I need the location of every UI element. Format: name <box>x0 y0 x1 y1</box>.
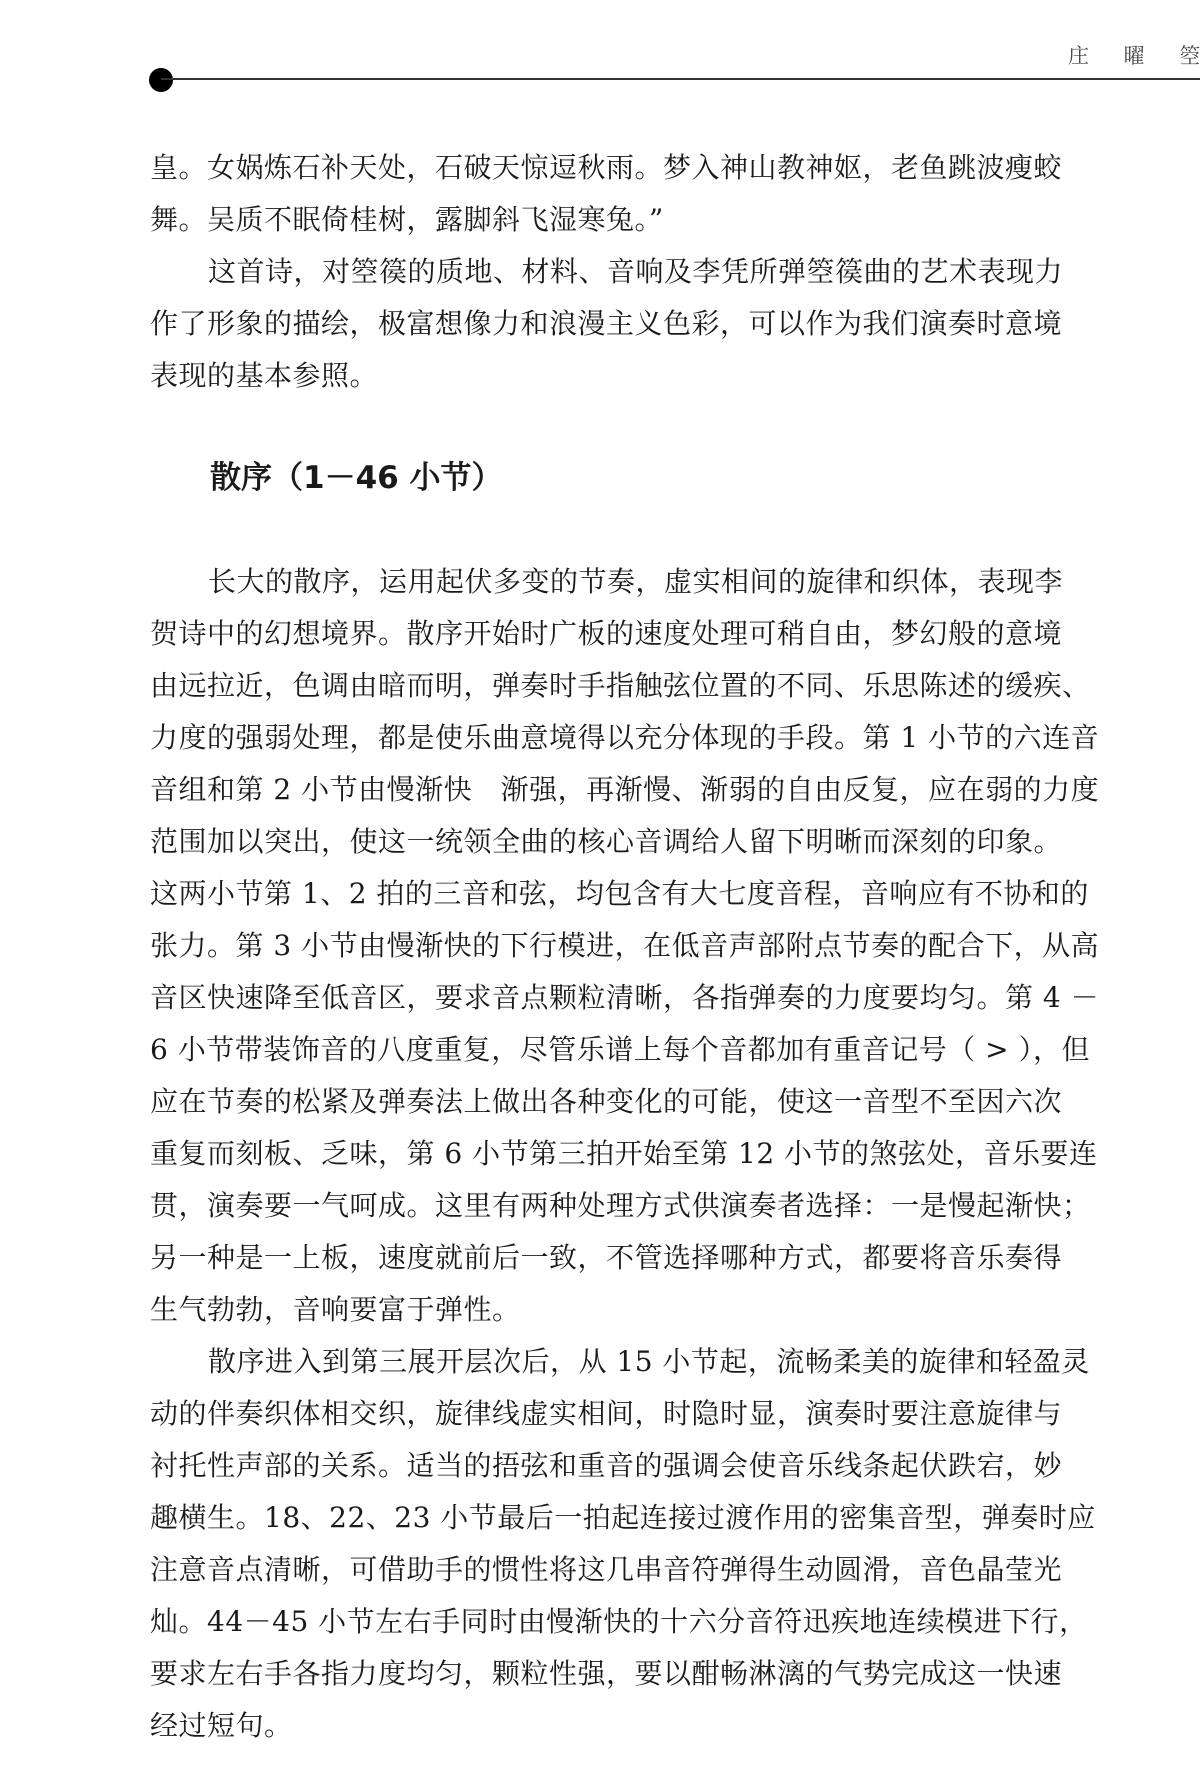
poem-and-intro: 皇。女娲炼石补天处，石破天惊逗秋雨。梦入神山教神妪，老鱼跳波瘦蛟 舞。吴质不眠倚… <box>150 142 1150 402</box>
paragraph-line: 散序进入到第三展开层次后，从 15 小节起，流畅柔美的旋律和轻盈灵 <box>150 1336 1150 1388</box>
paragraph-line: 由远拉近，色调由暗而明，弹奏时手指触弦位置的不同、乐思陈述的缓疾、 <box>150 660 1150 712</box>
poem-line: 皇。女娲炼石补天处，石破天惊逗秋雨。梦入神山教神妪，老鱼跳波瘦蛟 <box>150 142 1150 194</box>
intro-line: 表现的基本参照。 <box>150 350 1150 402</box>
paragraph-line: 重复而刻板、乏味，第 6 小节第三拍开始至第 12 小节的煞弦处，音乐要连 <box>150 1128 1150 1180</box>
paragraph-line: 另一种是一上板，速度就前后一致，不管选择哪种方式，都要将音乐奏得 <box>150 1232 1150 1284</box>
paragraph-line: 张力。第 3 小节由慢渐快的下行模进，在低音声部附点节奏的配合下，从高 <box>150 920 1150 972</box>
paragraph-line: 生气勃勃，音响要富于弹性。 <box>150 1284 1150 1336</box>
paragraph-line: 这两小节第 1、2 拍的三音和弦，均包含有大七度音程，音响应有不协和的 <box>150 868 1150 920</box>
paragraph-line: 经过短句。 <box>150 1700 1150 1752</box>
paragraph-line: 长大的散序，运用起伏多变的节奏，虚实相间的旋律和织体，表现李 <box>150 556 1150 608</box>
paragraph-line: 范围加以突出，使这一统领全曲的核心音调给人留下明晰而深刻的印象。 <box>150 816 1150 868</box>
paragraph-line: 音组和第 2 小节由慢渐快 渐强，再渐慢、渐弱的自由反复，应在弱的力度 <box>150 764 1150 816</box>
running-head: 庄 曜 箜篌 <box>1068 40 1200 70</box>
header-dot-icon <box>149 68 173 92</box>
poem-line: 舞。吴质不眠倚桂树，露脚斜飞湿寒兔。” <box>150 194 1150 246</box>
paragraph-line: 贺诗中的幻想境界。散序开始时广板的速度处理可稍自由，梦幻般的意境 <box>150 608 1150 660</box>
intro-line: 作了形象的描绘，极富想像力和浪漫主义色彩，可以作为我们演奏时意境 <box>150 298 1150 350</box>
paragraph-line: 衬托性声部的关系。适当的捂弦和重音的强调会使音乐线条起伏跌宕，妙 <box>150 1440 1150 1492</box>
paragraph-line: 动的伴奏织体相交织，旋律线虚实相间，时隐时显，演奏时要注意旋律与 <box>150 1388 1150 1440</box>
paragraph-line: 注意音点清晰，可借助手的惯性将这几串音符弹得生动圆滑，音色晶莹光 <box>150 1544 1150 1596</box>
section-heading: 散序（1－46 小节） <box>210 452 503 497</box>
header-rule <box>161 78 1200 80</box>
paragraph-line: 6 小节带装饰音的八度重复，尽管乐谱上每个音都加有重音记号（ > ），但 <box>150 1024 1150 1076</box>
intro-line: 这首诗，对箜篌的质地、材料、音响及李凭所弹箜篌曲的艺术表现力 <box>150 246 1150 298</box>
paragraph-line: 音区快速降至低音区，要求音点颗粒清晰，各指弹奏的力度要均匀。第 4 － <box>150 972 1150 1024</box>
paragraph-line: 应在节奏的松紧及弹奏法上做出各种变化的可能，使这一音型不至因六次 <box>150 1076 1150 1128</box>
paragraph-line: 灿。44－45 小节左右手同时由慢渐快的十六分音符迅疾地连续模进下行， <box>150 1596 1150 1648</box>
paragraph-line: 力度的强弱处理，都是使乐曲意境得以充分体现的手段。第 1 小节的六连音 <box>150 712 1150 764</box>
paragraph-1: 长大的散序，运用起伏多变的节奏，虚实相间的旋律和织体，表现李 贺诗中的幻想境界。… <box>150 556 1150 1336</box>
section-body: 长大的散序，运用起伏多变的节奏，虚实相间的旋律和织体，表现李 贺诗中的幻想境界。… <box>150 556 1150 1752</box>
paragraph-2: 散序进入到第三展开层次后，从 15 小节起，流畅柔美的旋律和轻盈灵 动的伴奏织体… <box>150 1336 1150 1752</box>
paragraph-line: 要求左右手各指力度均匀，颗粒性强，要以酣畅淋漓的气势完成这一快速 <box>150 1648 1150 1700</box>
paragraph-line: 趣横生。18、22、23 小节最后一拍起连接过渡作用的密集音型，弹奏时应 <box>150 1492 1150 1544</box>
paragraph-line: 贯，演奏要一气呵成。这里有两种处理方式供演奏者选择：一是慢起渐快； <box>150 1180 1150 1232</box>
